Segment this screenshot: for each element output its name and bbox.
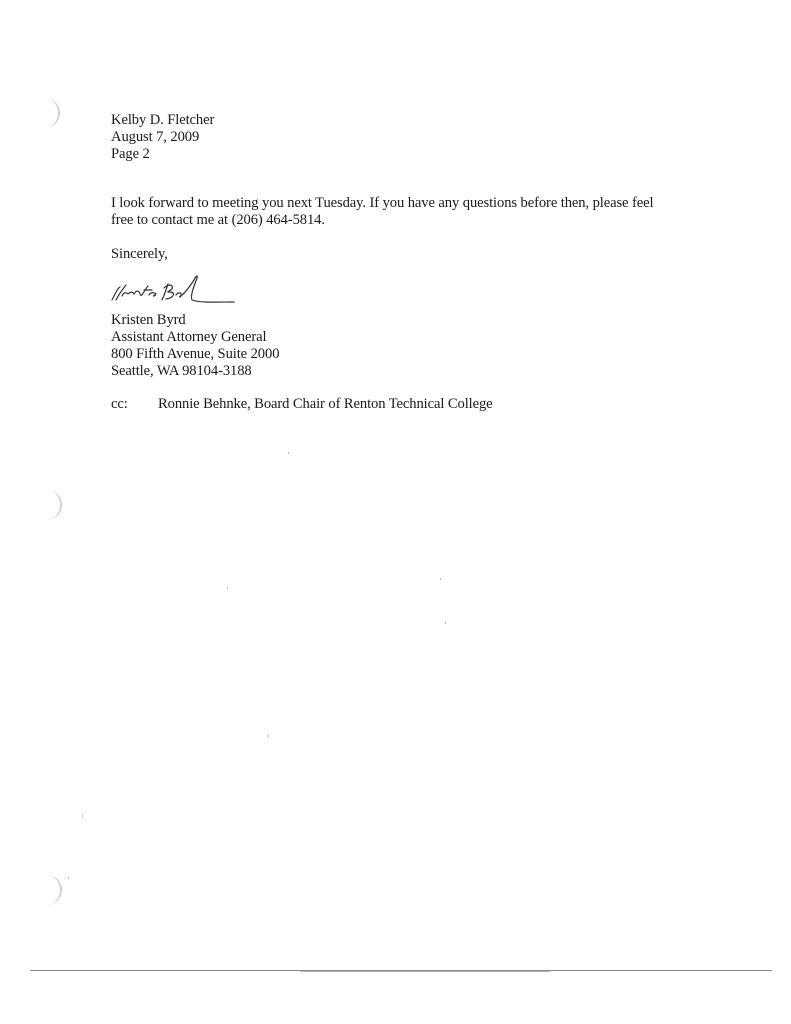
- signer-title: Assistant Attorney General: [111, 329, 266, 346]
- scan-speck: [288, 452, 289, 454]
- recipient-name: Kelby D. Fletcher: [111, 112, 214, 129]
- scan-speck: [440, 578, 441, 580]
- scan-speck: [445, 622, 446, 624]
- punch-hole-mark: [32, 875, 62, 905]
- cc-label: cc:: [111, 396, 128, 413]
- scan-speck: [82, 815, 83, 817]
- address-line-2: Seattle, WA 98104-3188: [111, 363, 252, 380]
- letter-page: Kelby D. Fletcher August 7, 2009 Page 2 …: [0, 0, 791, 1024]
- scan-speck: [68, 877, 69, 879]
- page-number: Page 2: [111, 146, 150, 163]
- punch-hole-mark: [32, 490, 62, 520]
- signer-name: Kristen Byrd: [111, 312, 186, 329]
- punch-hole-mark: [30, 98, 60, 128]
- body-line-2: free to contact me at (206) 464-5814.: [111, 212, 325, 229]
- letter-date: August 7, 2009: [111, 129, 199, 146]
- footer-rule: [30, 970, 772, 971]
- body-line-1: I look forward to meeting you next Tuesd…: [111, 195, 653, 212]
- closing-salutation: Sincerely,: [111, 246, 168, 263]
- signature-icon: [108, 270, 238, 312]
- scan-speck: [227, 587, 228, 589]
- scan-speck: [268, 735, 269, 737]
- cc-recipient: Ronnie Behnke, Board Chair of Renton Tec…: [158, 396, 493, 413]
- address-line-1: 800 Fifth Avenue, Suite 2000: [111, 346, 279, 363]
